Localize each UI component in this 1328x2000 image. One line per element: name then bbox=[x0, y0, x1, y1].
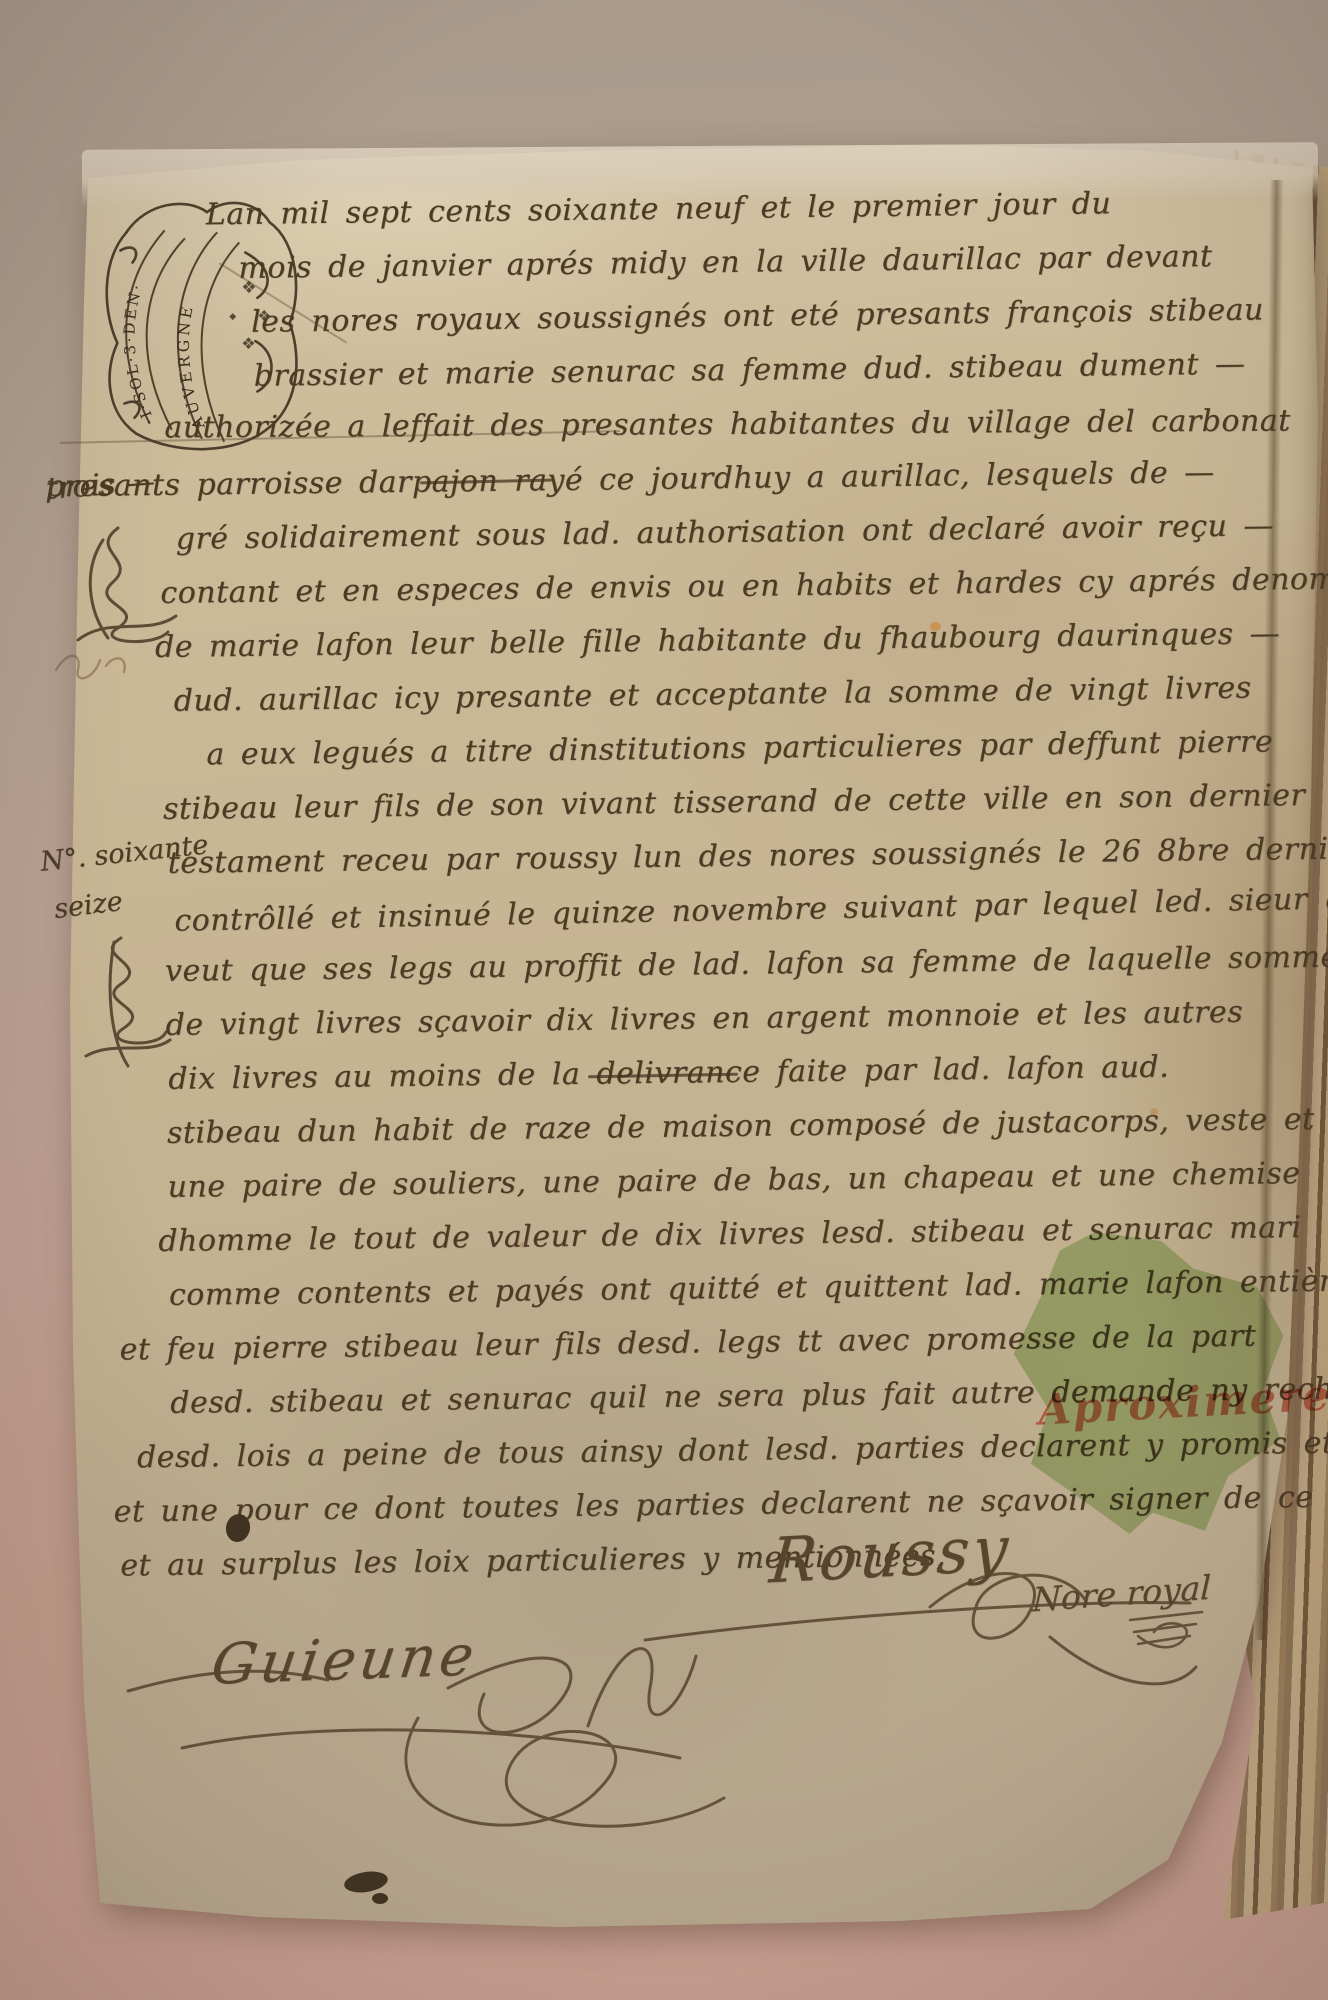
manuscript-line: brassier et marie senurac sa femme dud. … bbox=[253, 337, 1304, 404]
notary-title-underline-flourish bbox=[1118, 1606, 1268, 1654]
ink-blot bbox=[372, 1893, 388, 1904]
photo-of-manuscript: ·I·SOL·3·DEN· AUVERGNE ❖ ❖ ❖ ◆ Lan mil s… bbox=[0, 0, 1328, 2000]
manuscript-line: authorizée a leffait des presantes habit… bbox=[164, 394, 1304, 455]
notary-paraph-flourish bbox=[66, 928, 176, 1078]
faint-margin-scribble bbox=[48, 630, 138, 690]
signature-guieune-flourish bbox=[118, 1596, 758, 1896]
